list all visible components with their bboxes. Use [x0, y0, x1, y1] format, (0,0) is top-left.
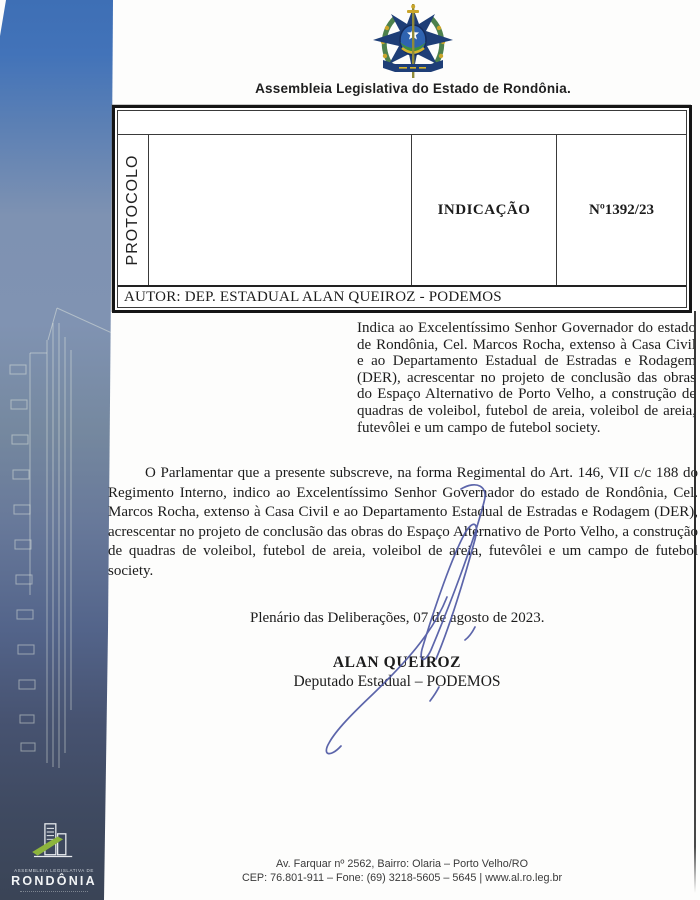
handwritten-signature-icon — [290, 430, 520, 770]
alero-building-icon — [24, 822, 84, 862]
building-sketch — [0, 295, 113, 770]
alero-logo: ASSEMBLEIA LEGISLATIVA DE RONDÔNIA — [0, 822, 108, 892]
footer-address: Av. Farquar nº 2562, Bairro: Olaria – Po… — [112, 858, 692, 872]
summary-paragraph: Indica ao Excelentíssimo Senhor Governad… — [357, 320, 696, 436]
protocol-stamp-row — [118, 111, 686, 135]
doc-type-cell: INDICAÇÃO — [412, 135, 557, 285]
protocol-main-row: PROTOCOLO INDICAÇÃO Nº1392/23 — [118, 135, 686, 285]
alero-logo-name: RONDÔNIA — [0, 874, 108, 888]
alero-logo-small-text: ASSEMBLEIA LEGISLATIVA DE — [0, 868, 108, 873]
scan-side-strip: ASSEMBLEIA LEGISLATIVA DE RONDÔNIA — [0, 0, 113, 900]
doc-number-cell: Nº1392/23 — [557, 135, 686, 285]
footer: Av. Farquar nº 2562, Bairro: Olaria – Po… — [112, 858, 692, 885]
protocolo-cell: PROTOCOLO — [118, 135, 149, 285]
alero-logo-rule — [20, 891, 88, 892]
protocol-table-inner: PROTOCOLO INDICAÇÃO Nº1392/23 AUTOR: DEP… — [117, 110, 687, 308]
footer-contact: CEP: 76.801-911 – Fone: (69) 3218-5605 –… — [112, 872, 692, 886]
author-row: AUTOR: DEP. ESTADUAL ALAN QUEIROZ - PODE… — [118, 285, 686, 307]
protocol-blank-cell — [149, 135, 412, 285]
coat-of-arms — [369, 4, 457, 80]
protocol-table: PROTOCOLO INDICAÇÃO Nº1392/23 AUTOR: DEP… — [112, 105, 692, 313]
protocolo-label: PROTOCOLO — [124, 155, 142, 266]
scan-edge-line — [694, 311, 696, 893]
institution-title: Assembleia Legislativa do Estado de Rond… — [130, 81, 696, 96]
